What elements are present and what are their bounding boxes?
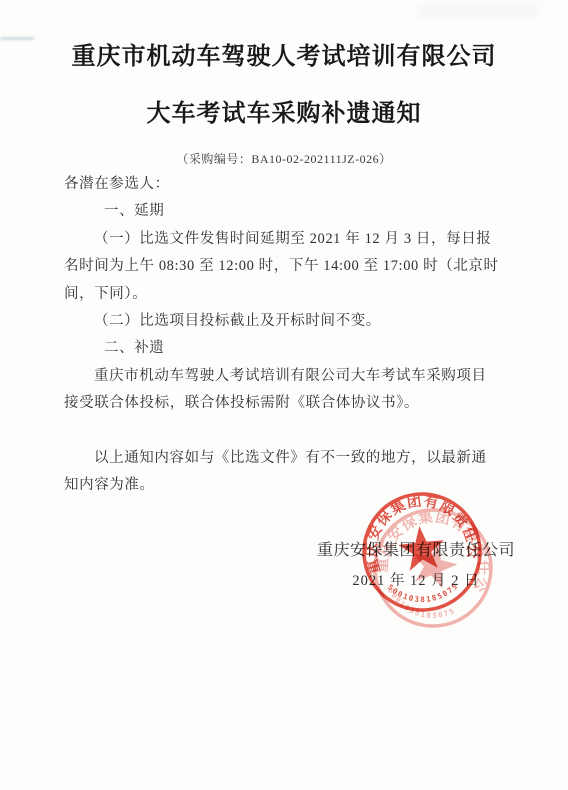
- body-line: 以上通知内容如与《比选文件》有不一致的地方，以最新通: [64, 445, 514, 472]
- procurement-number: （采购编号：BA10-02-202111JZ-026）: [0, 150, 568, 167]
- body-line: 重庆市机动车驾驶人考试培训有限公司大车考试车采购项目: [64, 363, 514, 390]
- scan-artifact: [418, 6, 538, 16]
- body-line-heading-1: 一、延期: [64, 198, 514, 225]
- body-line: 间，下同）。: [64, 281, 514, 308]
- scan-artifact: [0, 37, 34, 40]
- body-line: 名时间为上午 08:30 至 12:00 时，下午 14:00 至 17:00 …: [64, 253, 514, 280]
- body-line: （一）比选文件发售时间延期至 2021 年 12 月 3 日，每日报: [64, 226, 514, 253]
- document-title-notice: 大车考试车采购补遗通知: [0, 99, 568, 129]
- body-line: （二）比选项目投标截止及开标时间不变。: [64, 308, 514, 335]
- body-line: 接受联合体投标，联合体投标需附《联合体协议书》。: [64, 390, 514, 417]
- signature-block: 重庆安保集团有限责任公司 2021 年 12 月 2 日: [300, 541, 532, 590]
- signature-company: 重庆安保集团有限责任公司: [300, 541, 532, 561]
- document-title-company: 重庆市机动车驾驶人考试培训有限公司: [0, 42, 568, 72]
- document-page: 重庆市机动车驾驶人考试培训有限公司 大车考试车采购补遗通知 （采购编号：BA10…: [0, 0, 568, 790]
- notice-body: 各潜在参选人： 一、延期 （一）比选文件发售时间延期至 2021 年 12 月 …: [64, 171, 514, 499]
- body-line-salutation: 各潜在参选人：: [64, 171, 514, 198]
- seal-serial-number: 5001038185075: [382, 585, 460, 627]
- signature-date: 2021 年 12 月 2 日: [300, 572, 532, 590]
- body-line-heading-2: 二、补遗: [64, 335, 514, 362]
- body-line: 知内容为准。: [64, 472, 514, 499]
